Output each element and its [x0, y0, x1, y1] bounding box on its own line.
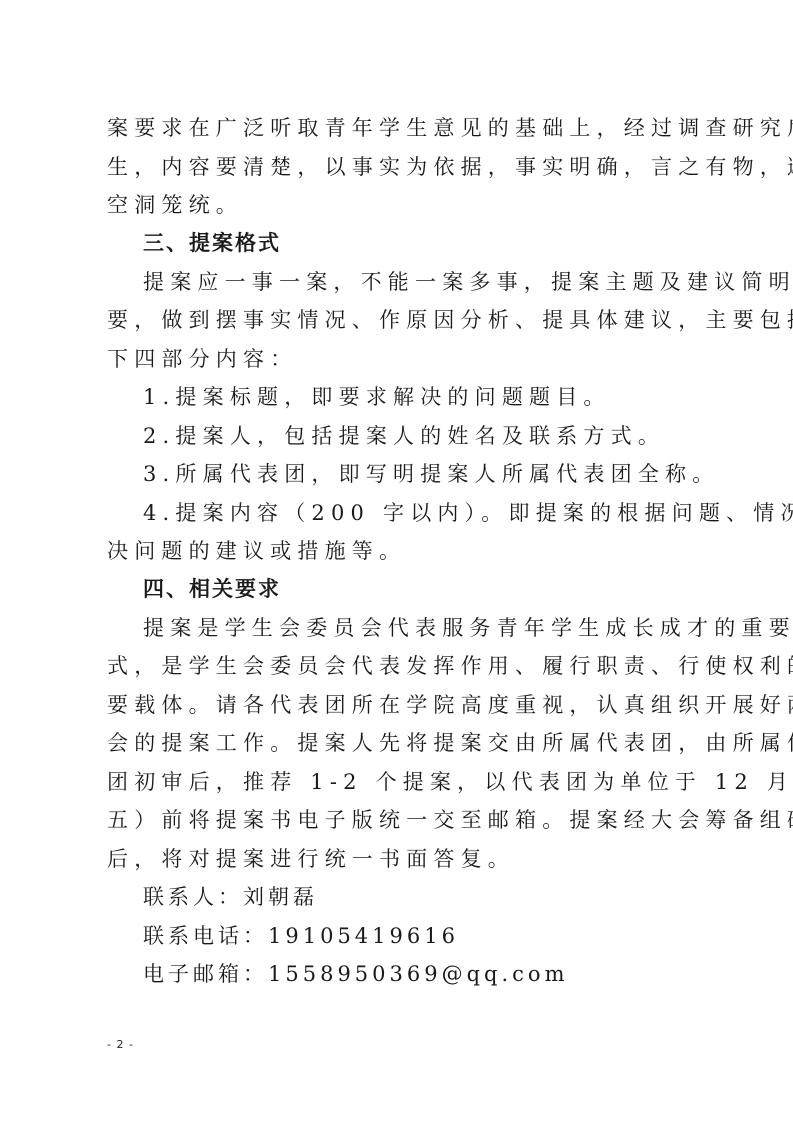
list-item: 1.提案标题，即要求解决的问题题目。 — [143, 378, 723, 417]
list-item: 3.所属代表团，即写明提案人所属代表团全称。 — [143, 455, 723, 494]
paragraph-line: 五）前将提案书电子版统一交至邮箱。提案经大会筹备组确认 — [107, 801, 687, 840]
paragraph-line: 提案是学生会委员会代表服务青年学生成长成才的重要形 — [143, 609, 723, 648]
paragraph-line: 生，内容要清楚，以事实为依据，事实明确，言之有物，避免 — [107, 148, 687, 187]
paragraph-line: 团初审后，推荐 1-2 个提案，以代表团为单位于 12 月 27 日（周 — [107, 763, 687, 802]
contact-person: 联系人：刘朝磊 — [143, 878, 723, 917]
document-page: 案要求在广泛听取青年学生意见的基础上，经过调查研究后产 生，内容要清楚，以事实为… — [0, 0, 793, 1122]
page-number: - 2 - — [107, 1038, 134, 1051]
contact-email: 电子邮箱：1558950369@qq.com — [143, 955, 723, 994]
paragraph-line: 提案应一事一案，不能一案多事，提案主题及建议简明扼 — [143, 263, 723, 302]
paragraph-line: 案要求在广泛听取青年学生意见的基础上，经过调查研究后产 — [107, 109, 687, 148]
paragraph-line: 要，做到摆事实情况、作原因分析、提具体建议，主要包括以 — [107, 301, 687, 340]
paragraph-line: 后，将对提案进行统一书面答复。 — [107, 840, 687, 879]
paragraph-line: 会的提案工作。提案人先将提案交由所属代表团，由所属代表 — [107, 724, 687, 763]
list-item: 4.提案内容（200 字以内）。即提案的根据问题、情况及解 — [143, 494, 723, 533]
paragraph-line: 空洞笼统。 — [107, 186, 687, 225]
section-heading-requirements: 四、相关要求 — [143, 570, 723, 609]
paragraph-line: 下四部分内容： — [107, 340, 687, 379]
list-item: 2.提案人，包括提案人的姓名及联系方式。 — [143, 417, 723, 456]
paragraph-line: 式，是学生会委员会代表发挥作用、履行职责、行使权利的重 — [107, 647, 687, 686]
section-heading-format: 三、提案格式 — [143, 224, 723, 263]
list-item-continuation: 决问题的建议或措施等。 — [107, 532, 687, 571]
paragraph-line: 要载体。请各代表团所在学院高度重视，认真组织开展好两代 — [107, 686, 687, 725]
contact-phone: 联系电话：19105419616 — [143, 917, 723, 956]
